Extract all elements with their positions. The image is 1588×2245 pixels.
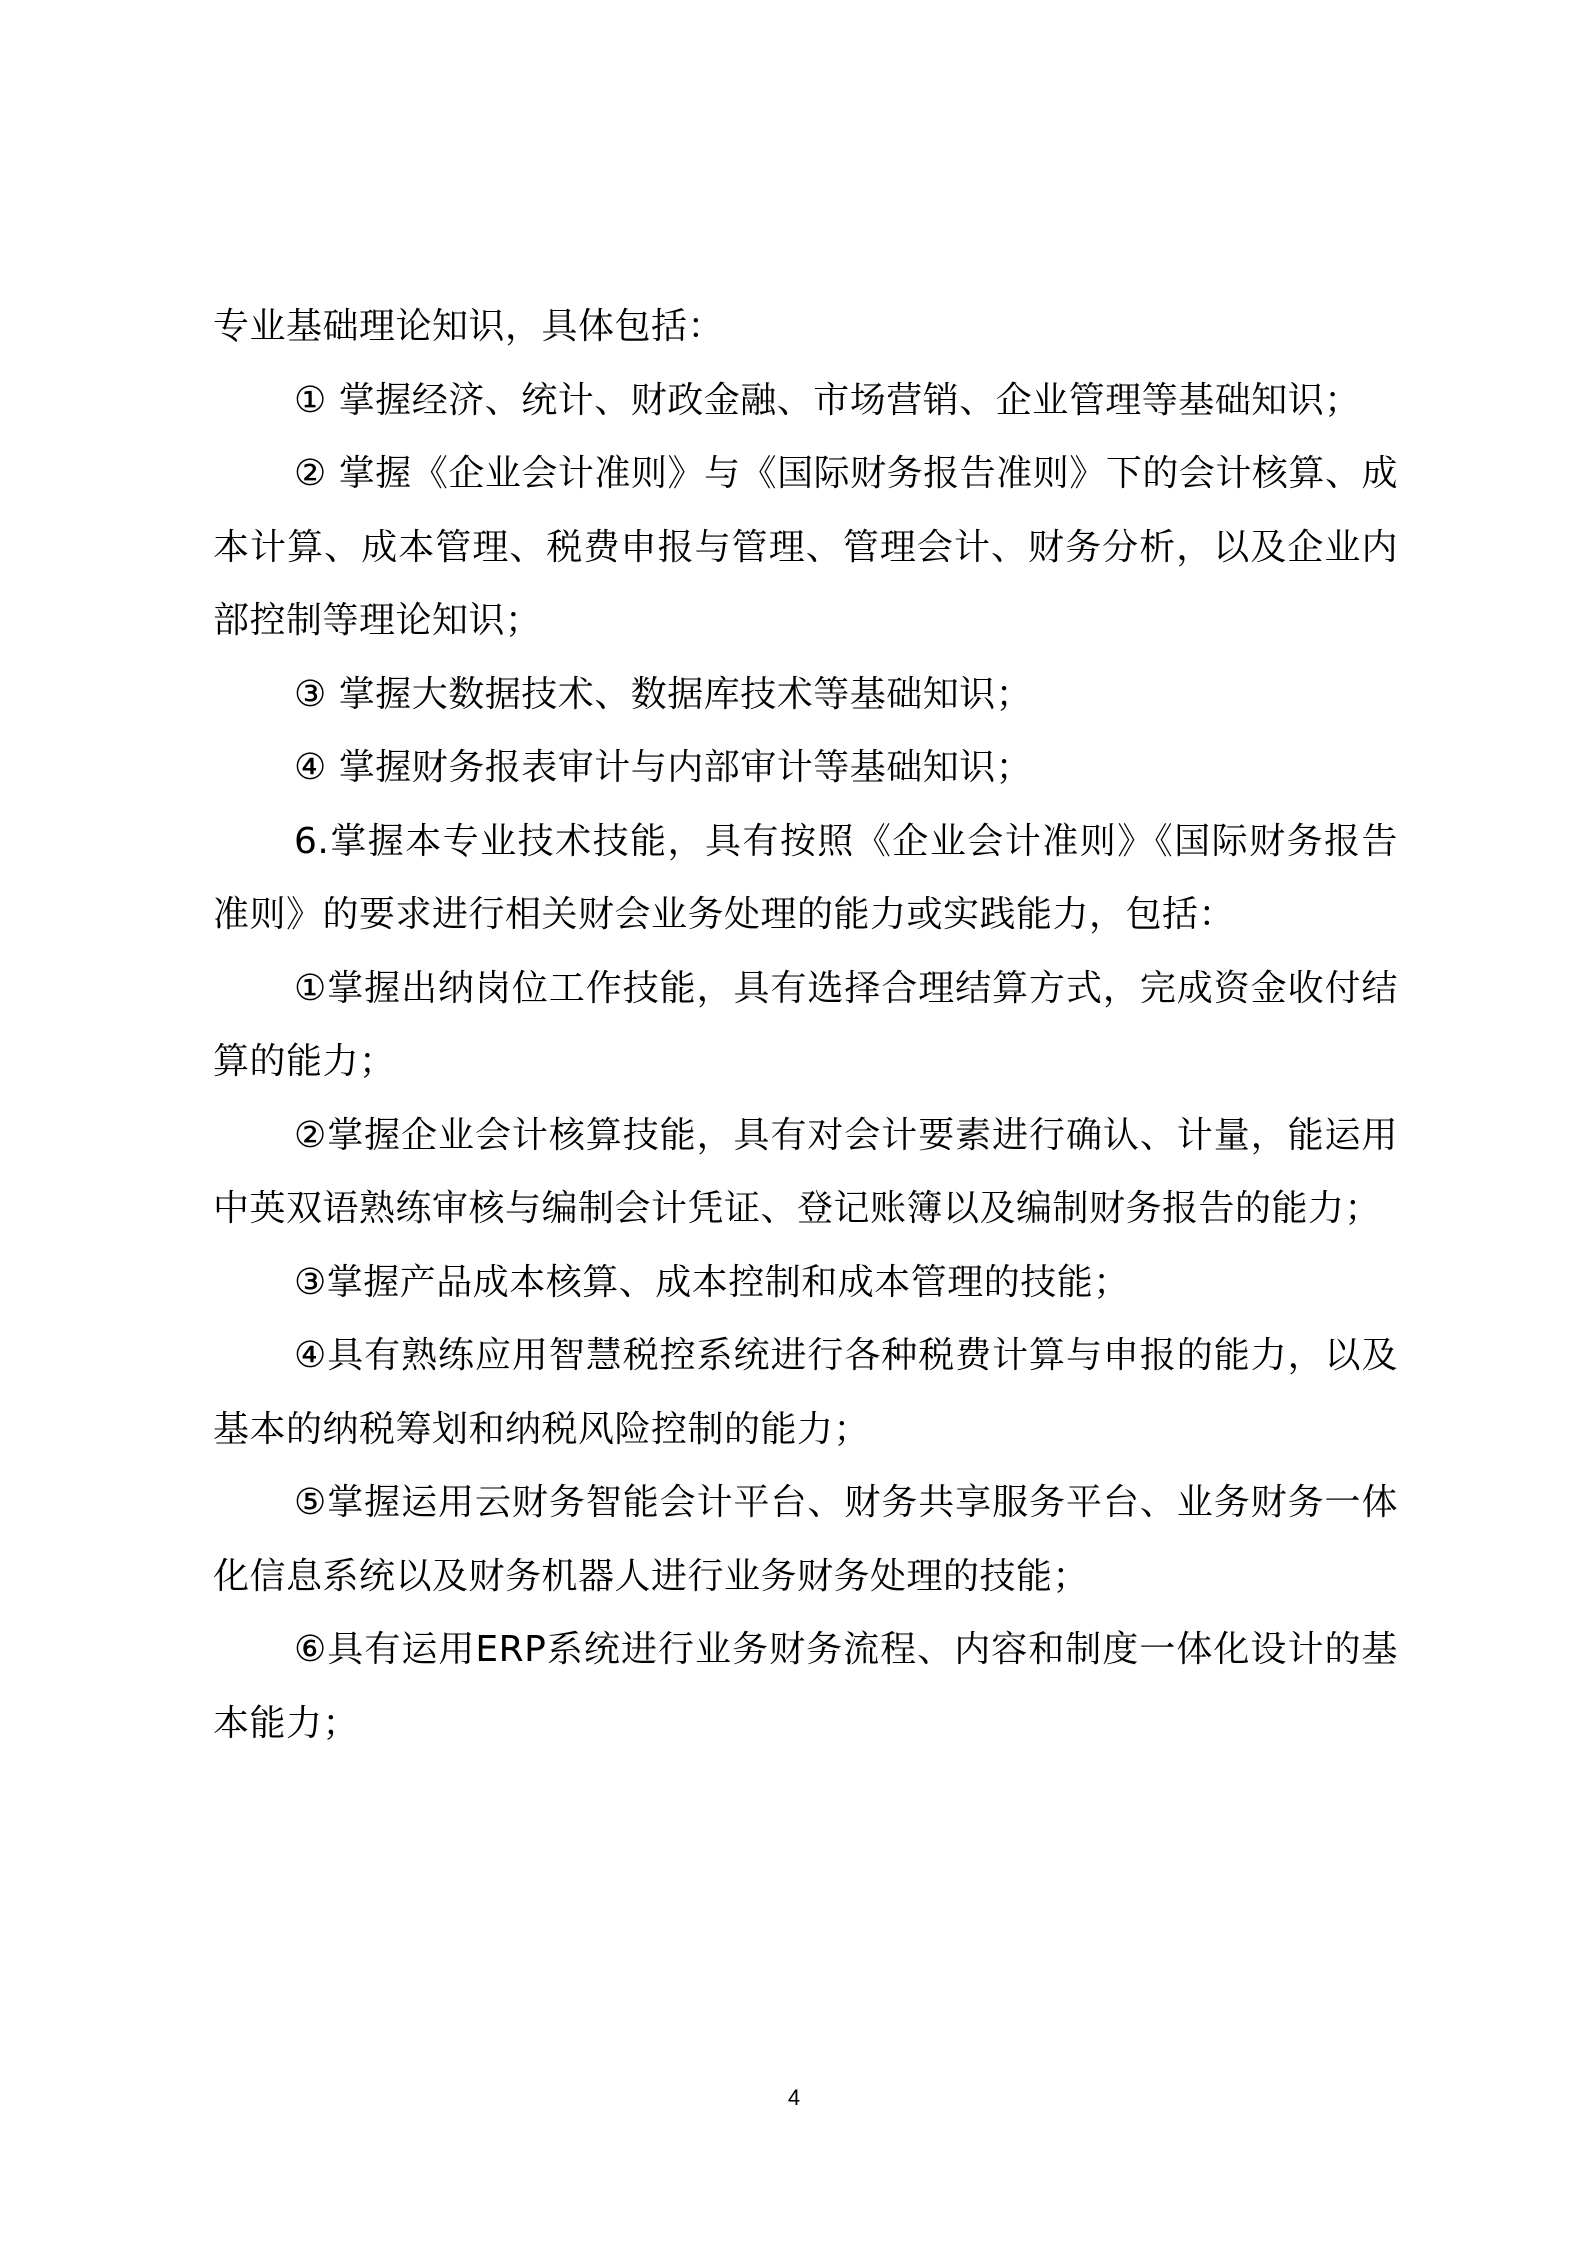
- paragraph-knowledge-2: ② 掌握《企业会计准则》与《国际财务报告准则》下的会计核算、成本计算、成本管理、…: [213, 437, 1398, 658]
- paragraph-knowledge-1: ① 掌握经济、统计、财政金融、市场营销、企业管理等基础知识；: [213, 364, 1398, 438]
- paragraph-skill-6: ⑥具有运用ERP系统进行业务财务流程、内容和制度一体化设计的基本能力；: [213, 1613, 1398, 1760]
- paragraph-item-6: 6.掌握本专业技术技能，具有按照《企业会计准则》《国际财务报告准则》的要求进行相…: [213, 805, 1398, 952]
- paragraph-skill-1: ①掌握出纳岗位工作技能，具有选择合理结算方式，完成资金收付结算的能力；: [213, 952, 1398, 1099]
- document-page-body: 专业基础理论知识，具体包括： ① 掌握经济、统计、财政金融、市场营销、企业管理等…: [213, 290, 1398, 1760]
- paragraph-skill-2: ②掌握企业会计核算技能，具有对会计要素进行确认、计量，能运用中英双语熟练审核与编…: [213, 1099, 1398, 1246]
- paragraph-knowledge-4: ④ 掌握财务报表审计与内部审计等基础知识；: [213, 731, 1398, 805]
- paragraph-skill-4: ④具有熟练应用智慧税控系统进行各种税费计算与申报的能力，以及基本的纳税筹划和纳税…: [213, 1319, 1398, 1466]
- paragraph-skill-5: ⑤掌握运用云财务智能会计平台、财务共享服务平台、业务财务一体化信息系统以及财务机…: [213, 1466, 1398, 1613]
- paragraph-skill-3: ③掌握产品成本核算、成本控制和成本管理的技能；: [213, 1246, 1398, 1320]
- paragraph-knowledge-3: ③ 掌握大数据技术、数据库技术等基础知识；: [213, 658, 1398, 732]
- page-number: 4: [0, 2085, 1588, 2111]
- paragraph-intro: 专业基础理论知识，具体包括：: [213, 290, 1398, 364]
